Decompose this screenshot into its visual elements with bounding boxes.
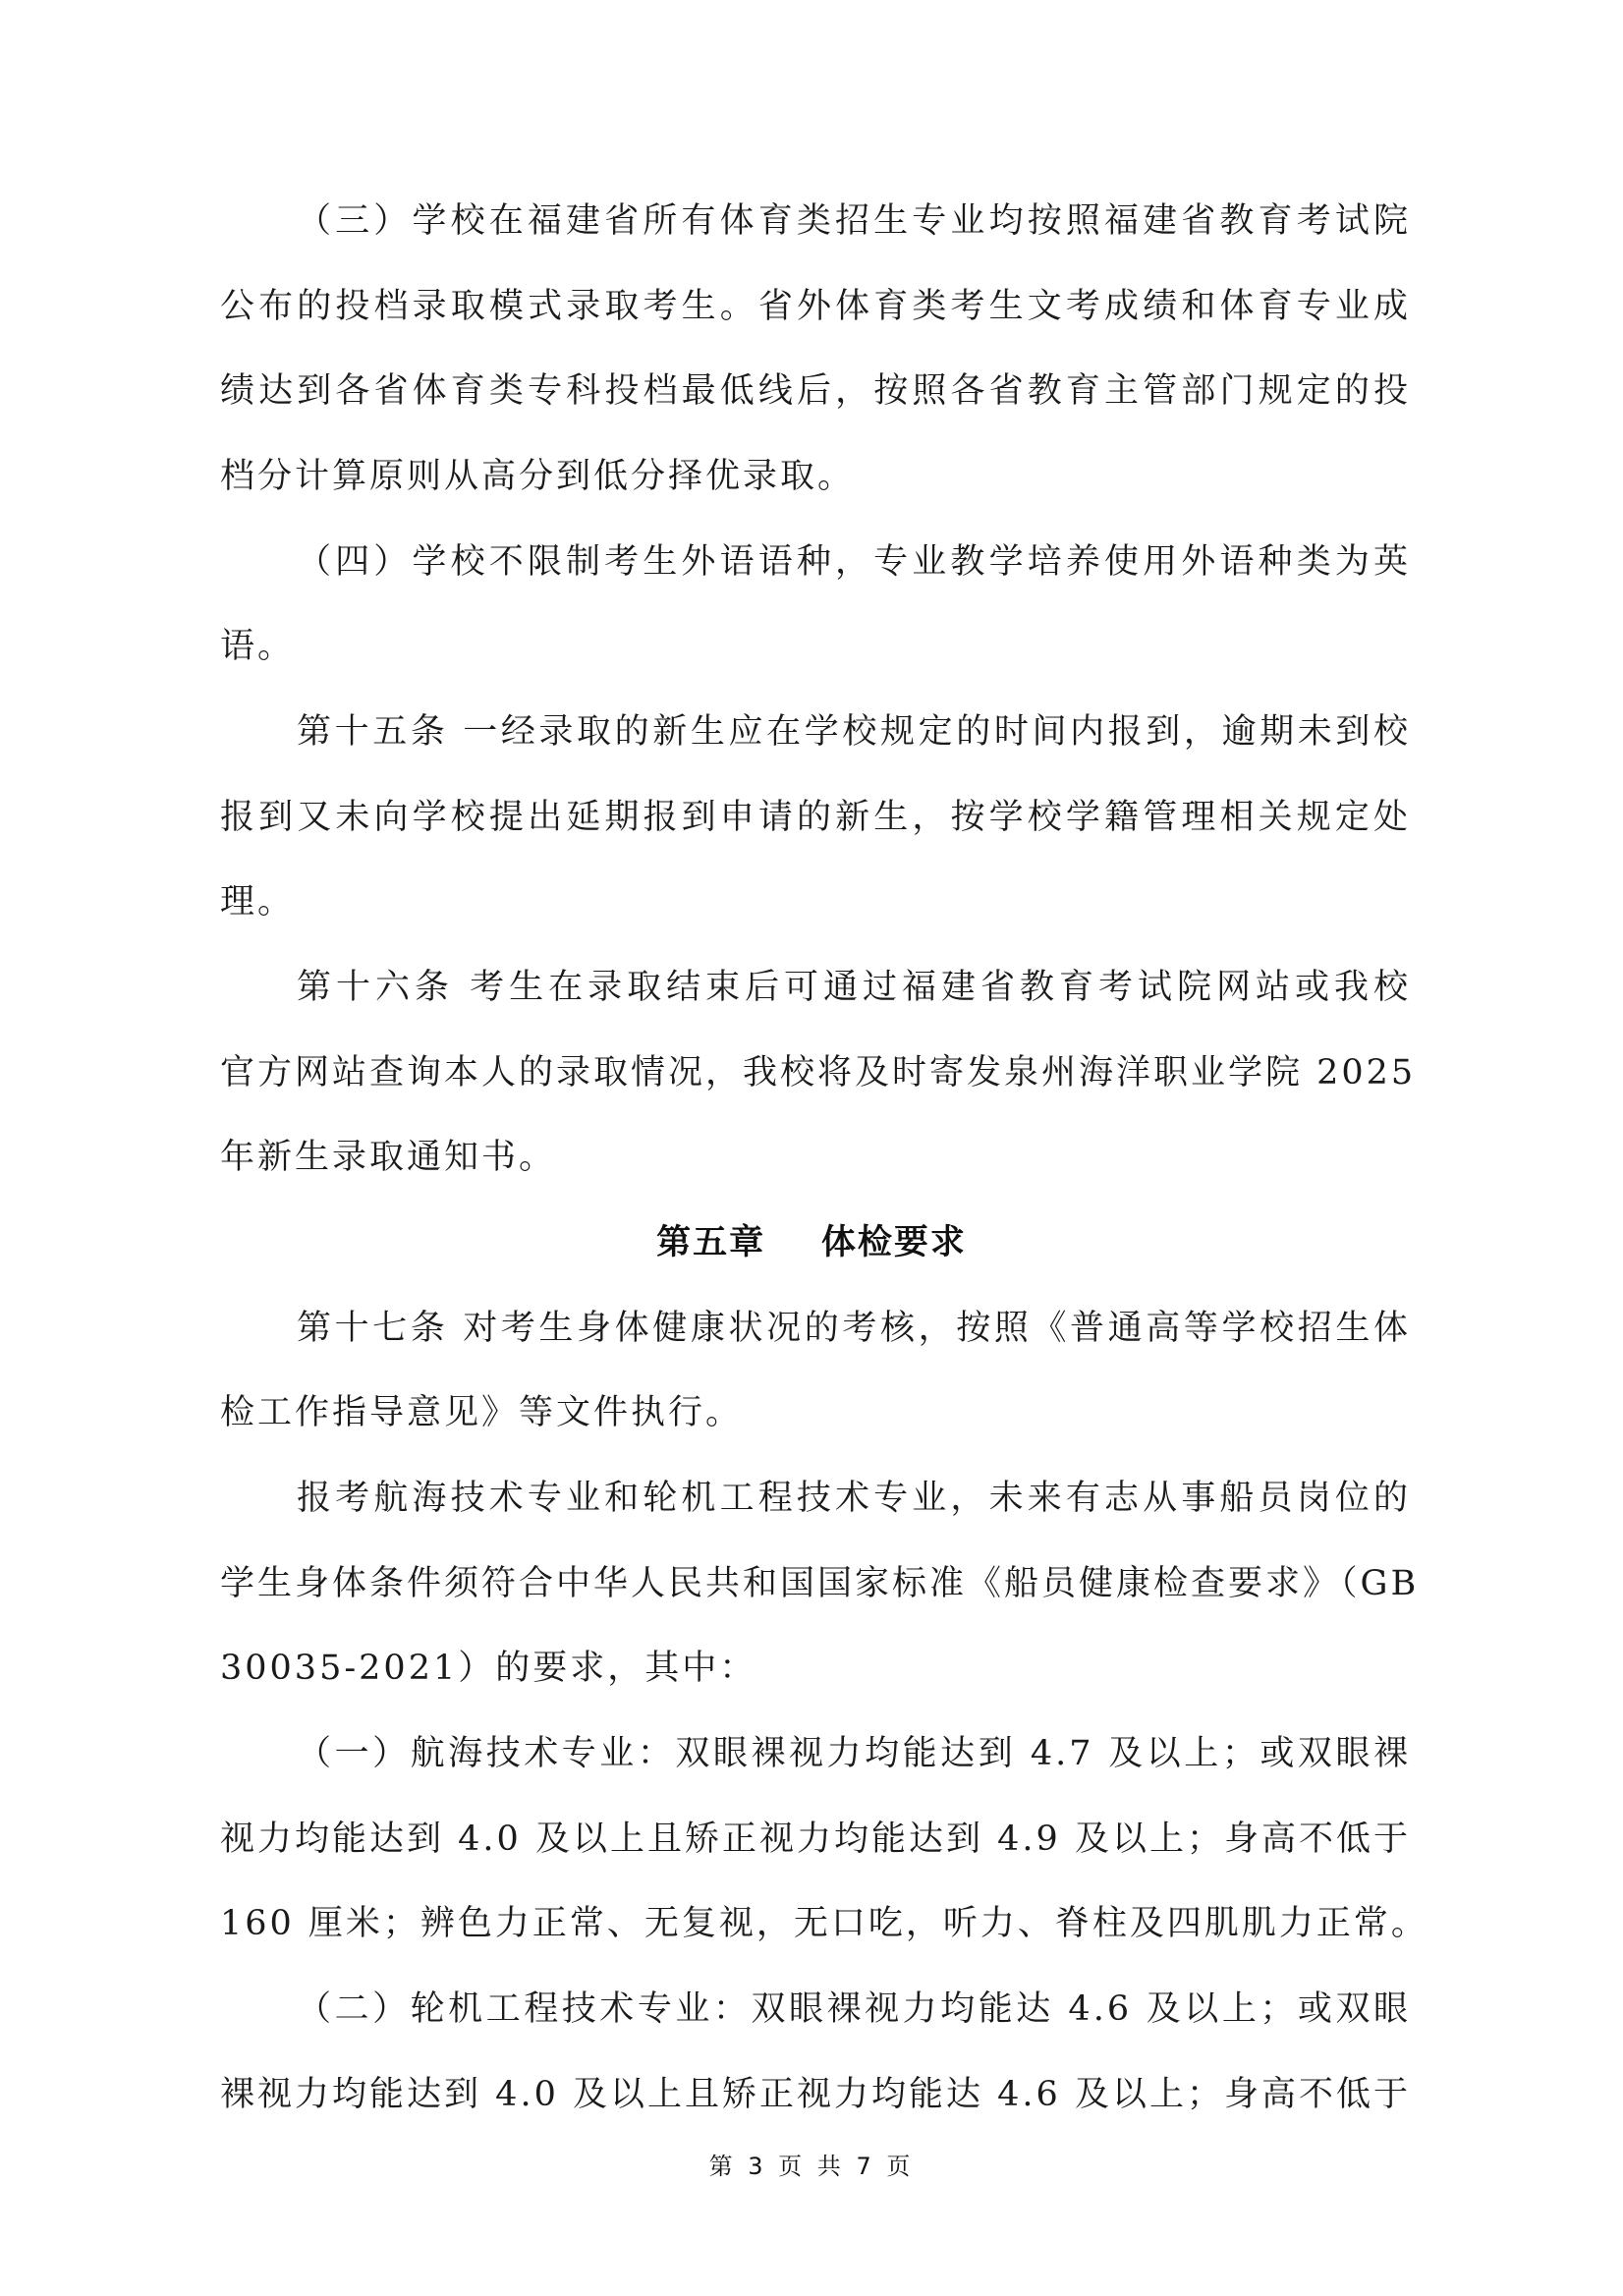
paragraph-line: （四）学校不限制考生外语语种，专业教学培养使用外语种类为英 [220,520,1411,604]
paragraph-line: 检工作指导意见》等文件执行。 [220,1371,1411,1455]
paragraph-line: 160 厘米；辨色力正常、无复视，无口吃，听力、脊柱及四肌肌力正常。 [220,1881,1411,1966]
paragraph-line: 官方网站查询本人的录取情况，我校将及时寄发泉州海洋职业学院 2025 [220,1031,1411,1115]
paragraph-line: 视力均能达到 4.0 及以上且矫正视力均能达到 4.9 及以上；身高不低于 [220,1797,1411,1881]
page-footer: 第 3 页 共 7 页 [0,2147,1623,2186]
paragraph-line: 语。 [220,604,1411,689]
paragraph-line: 报到又未向学校提出延期报到申请的新生，按学校学籍管理相关规定处 [220,775,1411,860]
paragraph-line: 公布的投档录取模式录取考生。省外体育类考生文考成绩和体育专业成 [220,264,1411,349]
paragraph-line: 档分计算原则从高分到低分择优录取。 [220,434,1411,519]
paragraph-line: （二）轮机工程技术专业：双眼裸视力均能达 4.6 及以上；或双眼 [220,1967,1411,2051]
paragraph-line: 裸视力均能达到 4.0 及以上且矫正视力均能达 4.6 及以上；身高不低于 [220,2052,1411,2137]
paragraph-line: 30035-2021）的要求，其中： [220,1626,1411,1710]
paragraph-line: 年新生录取通知书。 [220,1115,1411,1200]
paragraph-line: 绩达到各省体育类专科投档最低线后，按照各省教育主管部门规定的投 [220,349,1411,433]
paragraph-line: 学生身体条件须符合中华人民共和国国家标准《船员健康检查要求》（GB [220,1541,1411,1626]
article-15-line: 第十五条 一经录取的新生应在学校规定的时间内报到，逾期未到校 [220,690,1411,774]
paragraph-line: 报考航海技术专业和轮机工程技术专业，未来有志从事船员岗位的 [220,1456,1411,1540]
article-16-line: 第十六条 考生在录取结束后可通过福建省教育考试院网站或我校 [220,945,1411,1030]
article-17-line: 第十七条 对考生身体健康状况的考核，按照《普通高等学校招生体 [220,1286,1411,1371]
paragraph-line: 理。 [220,860,1411,944]
chapter-heading: 第五章 体检要求 [0,1201,1623,1285]
paragraph-line: （三）学校在福建省所有体育类招生专业均按照福建省教育考试院 [220,179,1411,263]
document-page: （三）学校在福建省所有体育类招生专业均按照福建省教育考试院 公布的投档录取模式录… [0,0,1623,2296]
paragraph-line: （一）航海技术专业：双眼裸视力均能达到 4.7 及以上；或双眼裸 [220,1711,1411,1796]
